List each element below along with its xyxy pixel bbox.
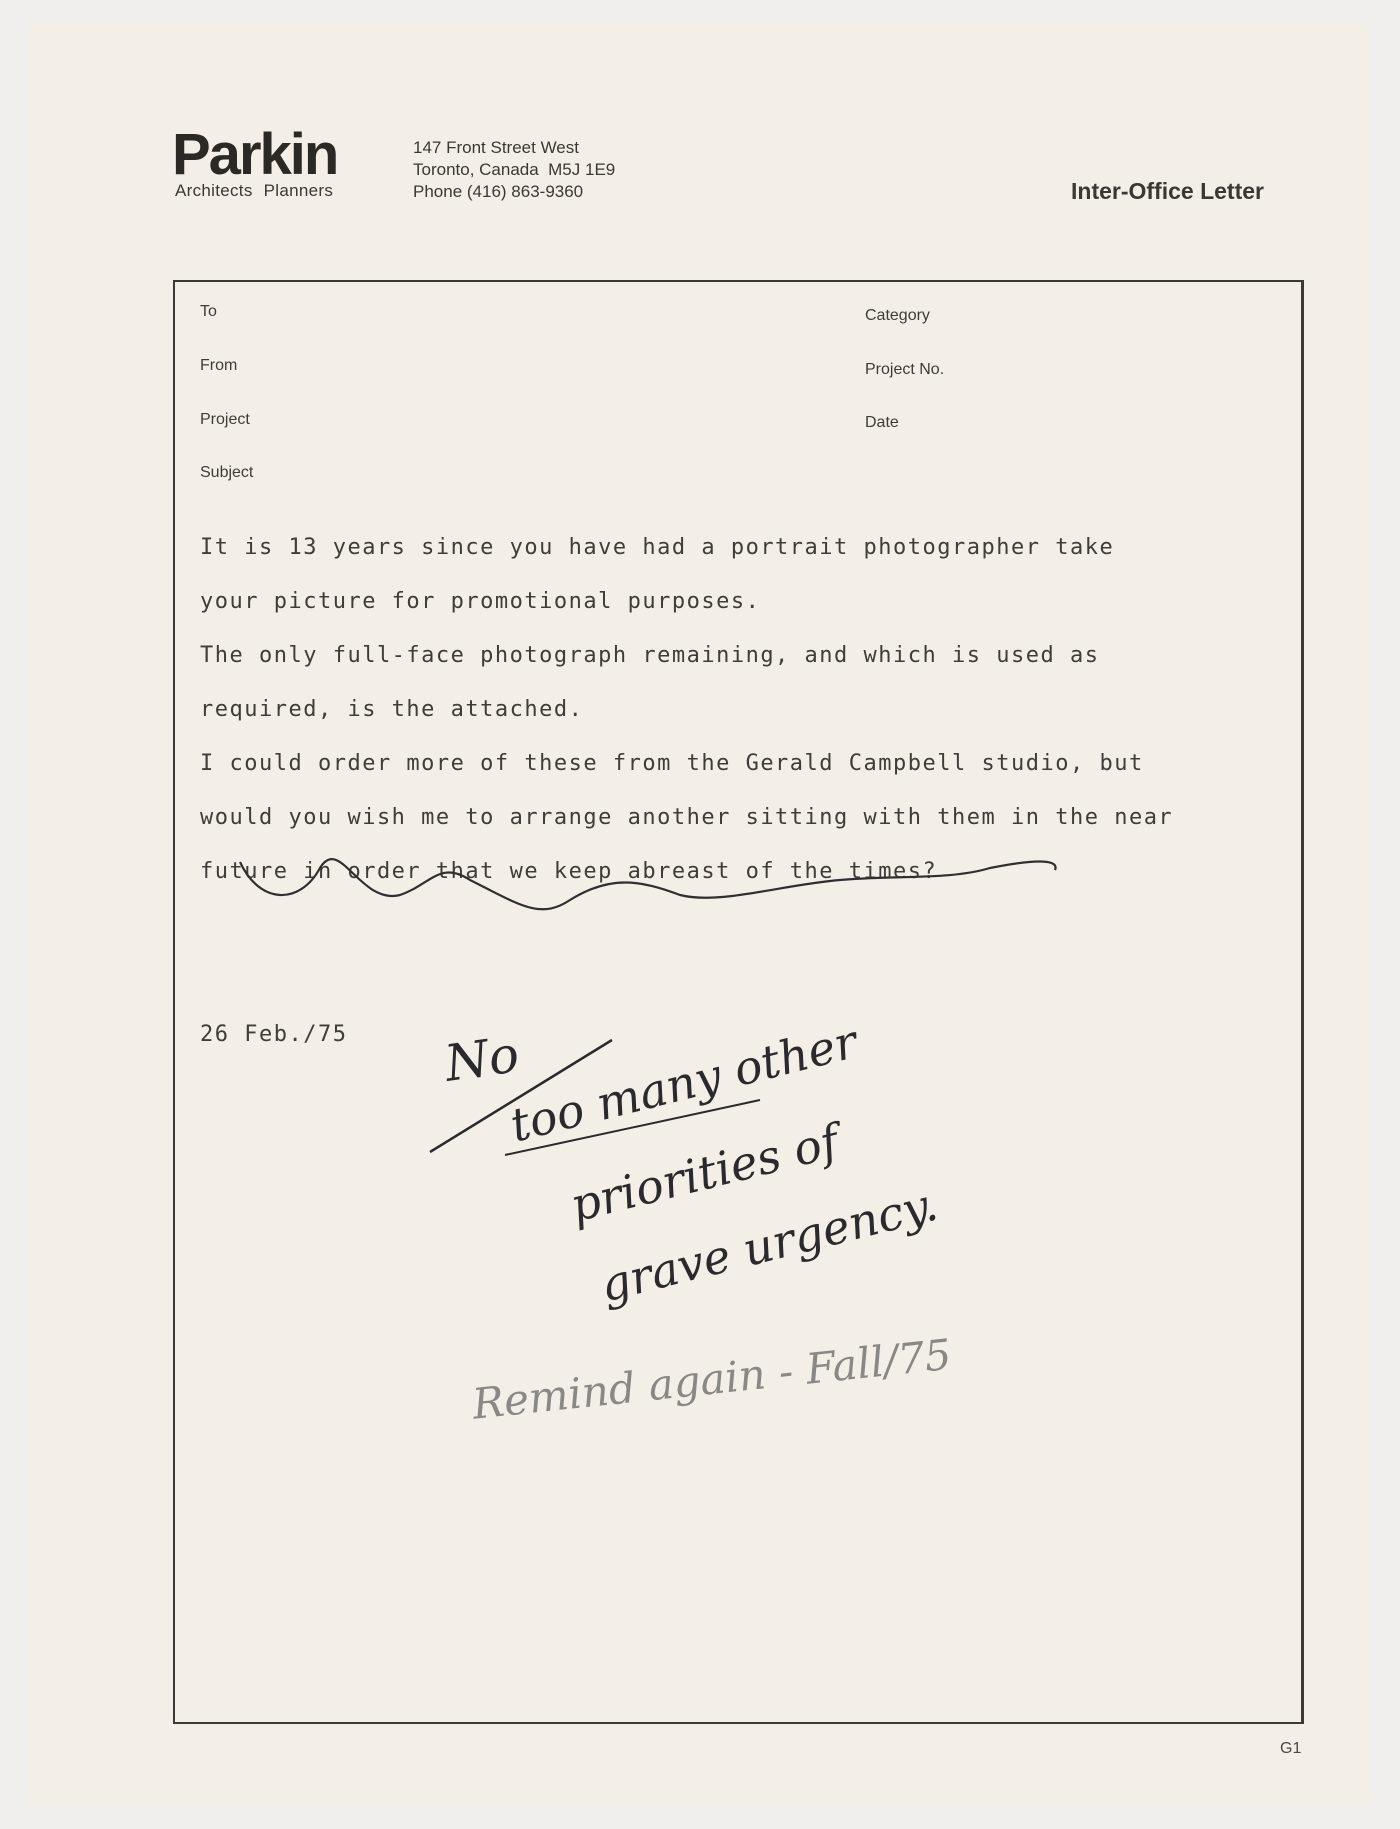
wavy-underline	[240, 859, 1056, 909]
ink-reply-no: No	[441, 1025, 522, 1093]
page-code: G1	[1280, 1740, 1301, 1758]
handwriting-strokes	[0, 0, 1400, 1829]
